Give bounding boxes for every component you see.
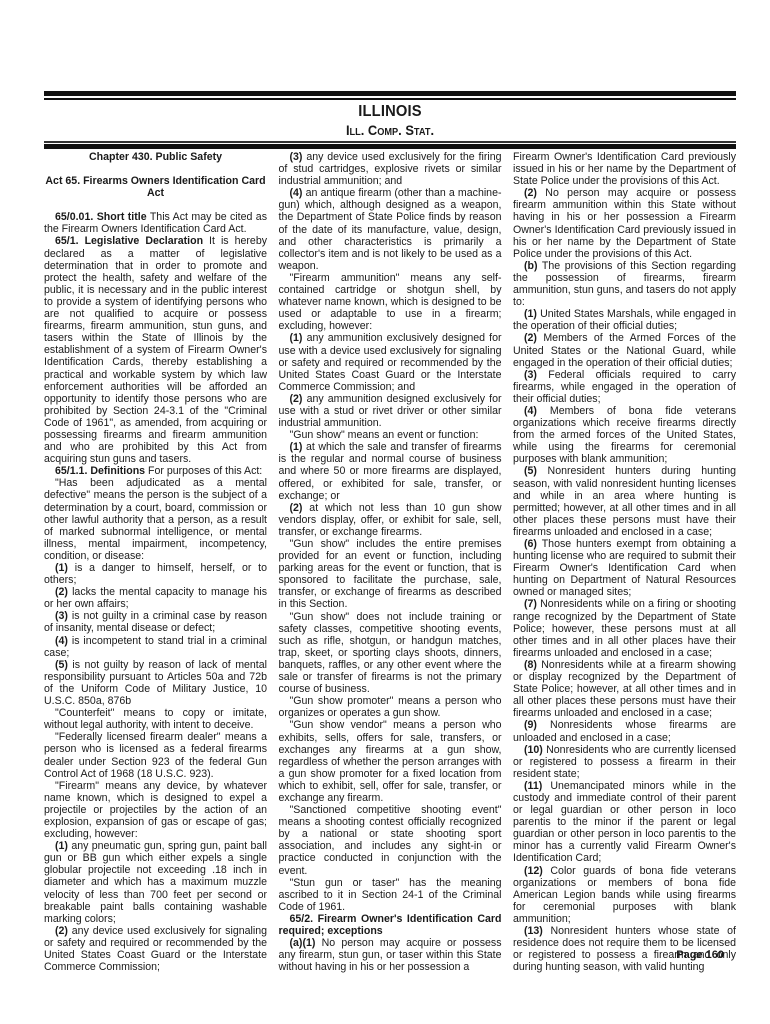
paragraph-label: (5) [524, 465, 537, 477]
header-rule-thick [44, 91, 736, 96]
statute-paragraph: "Counterfeit" means to copy or imitate, … [44, 707, 267, 731]
statute-paragraph: "Sanctioned competitive shooting event" … [279, 804, 502, 877]
statute-paragraph: (1) any pneumatic gun, spring gun, paint… [44, 840, 267, 925]
paragraph-text: Nonresident hunters during hunting seaso… [513, 465, 736, 537]
paragraph-text: any ammunition exclusively designed for … [279, 332, 502, 392]
paragraph-text: "Federally licensed firearm dealer" mean… [44, 731, 267, 779]
paragraph-label: (8) [524, 659, 537, 671]
paragraph-text: "Stun gun or taser" has the meaning ascr… [279, 877, 502, 913]
paragraph-label: (3) [55, 610, 68, 622]
column-left: Chapter 430. Public SafetyAct 65. Firear… [44, 151, 267, 973]
statute-paragraph: (12) Color guards of bona fide veterans … [513, 865, 736, 925]
paragraph-text: Nonresidents while on a firing or shooti… [513, 598, 736, 658]
statute-paragraph: (9) Nonresidents whose firearms are unlo… [513, 719, 736, 743]
statute-paragraph: (2) at which not less than 10 gun show v… [279, 502, 502, 538]
statute-paragraph: "Gun show" includes the entire premises … [279, 538, 502, 611]
statute-paragraph: Firearm Owner's Identification Card prev… [513, 151, 736, 187]
statute-paragraph: (b) The provisions of this Section regar… [513, 260, 736, 308]
paragraph-label: (10) [524, 744, 543, 756]
paragraph-label: 65/1. Legislative Declaration [55, 235, 203, 247]
statute-paragraph: (3) Federal officials required to carry … [513, 369, 736, 405]
paragraph-text: "Counterfeit" means to copy or imitate, … [44, 707, 267, 731]
column-middle: (3) any device used exclusively for the … [279, 151, 502, 973]
statute-paragraph: (10) Nonresidents who are currently lice… [513, 744, 736, 780]
paragraph-label: (11) [524, 780, 542, 792]
paragraph-label: (2) [55, 586, 68, 598]
paragraph-text: any device used exclusively for signalin… [44, 925, 267, 973]
statute-paragraph: (2) any device used exclusively for sign… [44, 925, 267, 973]
paragraph-text: Those hunters exempt from obtaining a hu… [513, 538, 736, 598]
paragraph-label: (2) [290, 502, 303, 514]
paragraph-label: (1) [290, 332, 303, 344]
statute-paragraph: (1) United States Marshals, while engage… [513, 308, 736, 332]
paragraph-text: Unemancipated minors while in the custod… [513, 780, 736, 865]
paragraph-text: "Gun show promoter" means a person who o… [279, 695, 502, 719]
paragraph-text: at which the sale and transfer of firear… [279, 441, 502, 501]
paragraph-label: (4) [55, 635, 68, 647]
paragraph-text: is not guilty in a criminal case by reas… [44, 610, 267, 634]
section-paragraph: 65/1. Legislative Declaration It is here… [44, 235, 267, 465]
column-right: Firearm Owner's Identification Card prev… [513, 151, 736, 973]
paragraph-text: For purposes of this Act: [145, 465, 262, 477]
paragraph-label: 65/2. Firearm Owner's Identification Car… [279, 913, 502, 937]
paragraph-label: (13) [524, 925, 543, 937]
paragraph-text: No person may acquire or possess firearm… [513, 187, 736, 259]
paragraph-text: "Gun show" does not include training or … [279, 611, 502, 696]
statute-paragraph: (4) Members of bona fide veterans organi… [513, 405, 736, 465]
section-paragraph: 65/1.1. Definitions For purposes of this… [44, 465, 267, 477]
paragraph-text: "Sanctioned competitive shooting event" … [279, 804, 502, 876]
state-title: ILLINOIS [72, 102, 709, 121]
paragraph-label: (4) [524, 405, 537, 417]
statute-paragraph: (4) is incompetent to stand trial in a c… [44, 635, 267, 659]
paragraph-text: Federal officials required to carry fire… [513, 369, 736, 405]
paragraph-text: is a danger to himself, herself, or to o… [44, 562, 267, 586]
paragraph-text: "Has been adjudicated as a mental defect… [44, 477, 267, 562]
paragraph-label: (2) [290, 393, 303, 405]
statute-paragraph: "Has been adjudicated as a mental defect… [44, 477, 267, 562]
header-rule-thick [44, 144, 736, 149]
paragraph-label: 65/1.1. Definitions [55, 465, 145, 477]
paragraph-text: United States Marshals, while engaged in… [513, 308, 736, 332]
paragraph-label: 65/0.01. Short title [55, 211, 147, 223]
paragraph-text: Members of bona fide veterans organizati… [513, 405, 736, 465]
page-number: Page 160 [676, 949, 724, 961]
statute-paragraph: (2) Members of the Armed Forces of the U… [513, 332, 736, 368]
paragraph-text: It is hereby declared as a matter of leg… [44, 235, 267, 465]
paragraph-text: an antique firearm (other than a machine… [279, 187, 502, 272]
paragraph-text: Nonresidents whose firearms are unloaded… [513, 719, 736, 743]
paragraph-text: any device used exclusively for the firi… [279, 151, 502, 187]
statute-paragraph: "Gun show vendor" means a person who exh… [279, 719, 502, 804]
paragraph-text: is incompetent to stand trial in a crimi… [44, 635, 267, 659]
statute-paragraph: "Gun show" does not include training or … [279, 611, 502, 696]
statute-paragraph: (6) Those hunters exempt from obtaining … [513, 538, 736, 598]
paragraph-label: (6) [524, 538, 537, 550]
paragraph-label: (9) [524, 719, 537, 731]
paragraph-label: (1) [55, 840, 68, 852]
paragraph-label: (5) [55, 659, 68, 671]
section-paragraph: 65/0.01. Short title This Act may be cit… [44, 211, 267, 235]
statute-paragraph: (7) Nonresidents while on a firing or sh… [513, 598, 736, 658]
paragraph-text: Color guards of bona fide veterans organ… [513, 865, 736, 925]
statute-paragraph: (8) Nonresidents while at a firearm show… [513, 659, 736, 719]
section-paragraph: 65/2. Firearm Owner's Identification Car… [279, 913, 502, 937]
statute-paragraph: (2) No person may acquire or possess fir… [513, 187, 736, 260]
paragraph-label: (1) [290, 441, 303, 453]
paragraph-text: Members of the Armed Forces of the Unite… [513, 332, 736, 368]
running-header: ILLINOIS Ill. Comp. Stat. [44, 102, 736, 139]
paragraph-text: any pneumatic gun, spring gun, paint bal… [44, 840, 267, 925]
header-rule-thin [44, 98, 736, 100]
statute-paragraph: (5) is not guilty by reason of lack of m… [44, 659, 267, 707]
statute-paragraph: (3) any device used exclusively for the … [279, 151, 502, 187]
paragraph-label: (4) [290, 187, 303, 199]
paragraph-label: (2) [55, 925, 68, 937]
paragraph-text: "Firearm" means any device, by whatever … [44, 780, 267, 840]
statute-paragraph: "Firearm" means any device, by whatever … [44, 780, 267, 840]
paragraph-label: (1) [55, 562, 68, 574]
statute-paragraph: (5) Nonresident hunters during hunting s… [513, 465, 736, 538]
paragraph-text: lacks the mental capacity to manage his … [44, 586, 267, 610]
paragraph-text: "Firearm ammunition" means any self-cont… [279, 272, 502, 332]
paragraph-text: is not guilty by reason of lack of menta… [44, 659, 267, 707]
statute-paragraph: "Gun show promoter" means a person who o… [279, 695, 502, 719]
statute-paragraph: "Gun show" means an event or function: [279, 429, 502, 441]
statute-paragraph: (3) is not guilty in a criminal case by … [44, 610, 267, 634]
paragraph-label: (2) [524, 332, 537, 344]
paragraph-label: (1) [524, 308, 537, 320]
chapter-heading: Chapter 430. Public Safety [44, 151, 267, 163]
code-title: Ill. Comp. Stat. [72, 121, 709, 139]
paragraph-label: (a)(1) [290, 937, 316, 949]
paragraph-label: (7) [524, 598, 537, 610]
paragraph-text: at which not less than 10 gun show vendo… [279, 502, 502, 538]
paragraph-text: "Gun show" includes the entire premises … [279, 538, 502, 610]
paragraph-text: Firearm Owner's Identification Card prev… [513, 151, 736, 187]
statute-paragraph: (1) any ammunition exclusively designed … [279, 332, 502, 392]
statute-paragraph: "Stun gun or taser" has the meaning ascr… [279, 877, 502, 913]
paragraph-label: (2) [524, 187, 537, 199]
statute-text-columns: Chapter 430. Public SafetyAct 65. Firear… [44, 151, 736, 973]
paragraph-label: (12) [524, 865, 543, 877]
statute-paragraph: "Firearm ammunition" means any self-cont… [279, 272, 502, 332]
statute-paragraph: (1) is a danger to himself, herself, or … [44, 562, 267, 586]
statute-paragraph: (a)(1) No person may acquire or possess … [279, 937, 502, 973]
act-heading: Act 65. Firearms Owners Identification C… [44, 175, 267, 199]
statute-paragraph: (1) at which the sale and transfer of fi… [279, 441, 502, 501]
paragraph-text: "Gun show vendor" means a person who exh… [279, 719, 502, 804]
paragraph-label: (3) [290, 151, 303, 163]
statute-paragraph: (2) lacks the mental capacity to manage … [44, 586, 267, 610]
statute-paragraph: "Federally licensed firearm dealer" mean… [44, 731, 267, 779]
paragraph-text: The provisions of this Section regarding… [513, 260, 736, 308]
paragraph-label: (3) [524, 369, 537, 381]
header-rule-thin [44, 141, 736, 143]
paragraph-text: "Gun show" means an event or function: [290, 429, 479, 441]
statute-paragraph: (4) an antique firearm (other than a mac… [279, 187, 502, 272]
statute-paragraph: (11) Unemancipated minors while in the c… [513, 780, 736, 865]
paragraph-text: any ammunition designed exclusively for … [279, 393, 502, 429]
statute-paragraph: (2) any ammunition designed exclusively … [279, 393, 502, 429]
paragraph-text: Nonresidents who are currently licensed … [513, 744, 736, 780]
paragraph-label: (b) [524, 260, 538, 272]
header-top-rule [44, 91, 736, 102]
paragraph-text: Nonresidents while at a firearm showing … [513, 659, 736, 719]
page-header: ILLINOIS Ill. Comp. Stat. [44, 91, 736, 152]
